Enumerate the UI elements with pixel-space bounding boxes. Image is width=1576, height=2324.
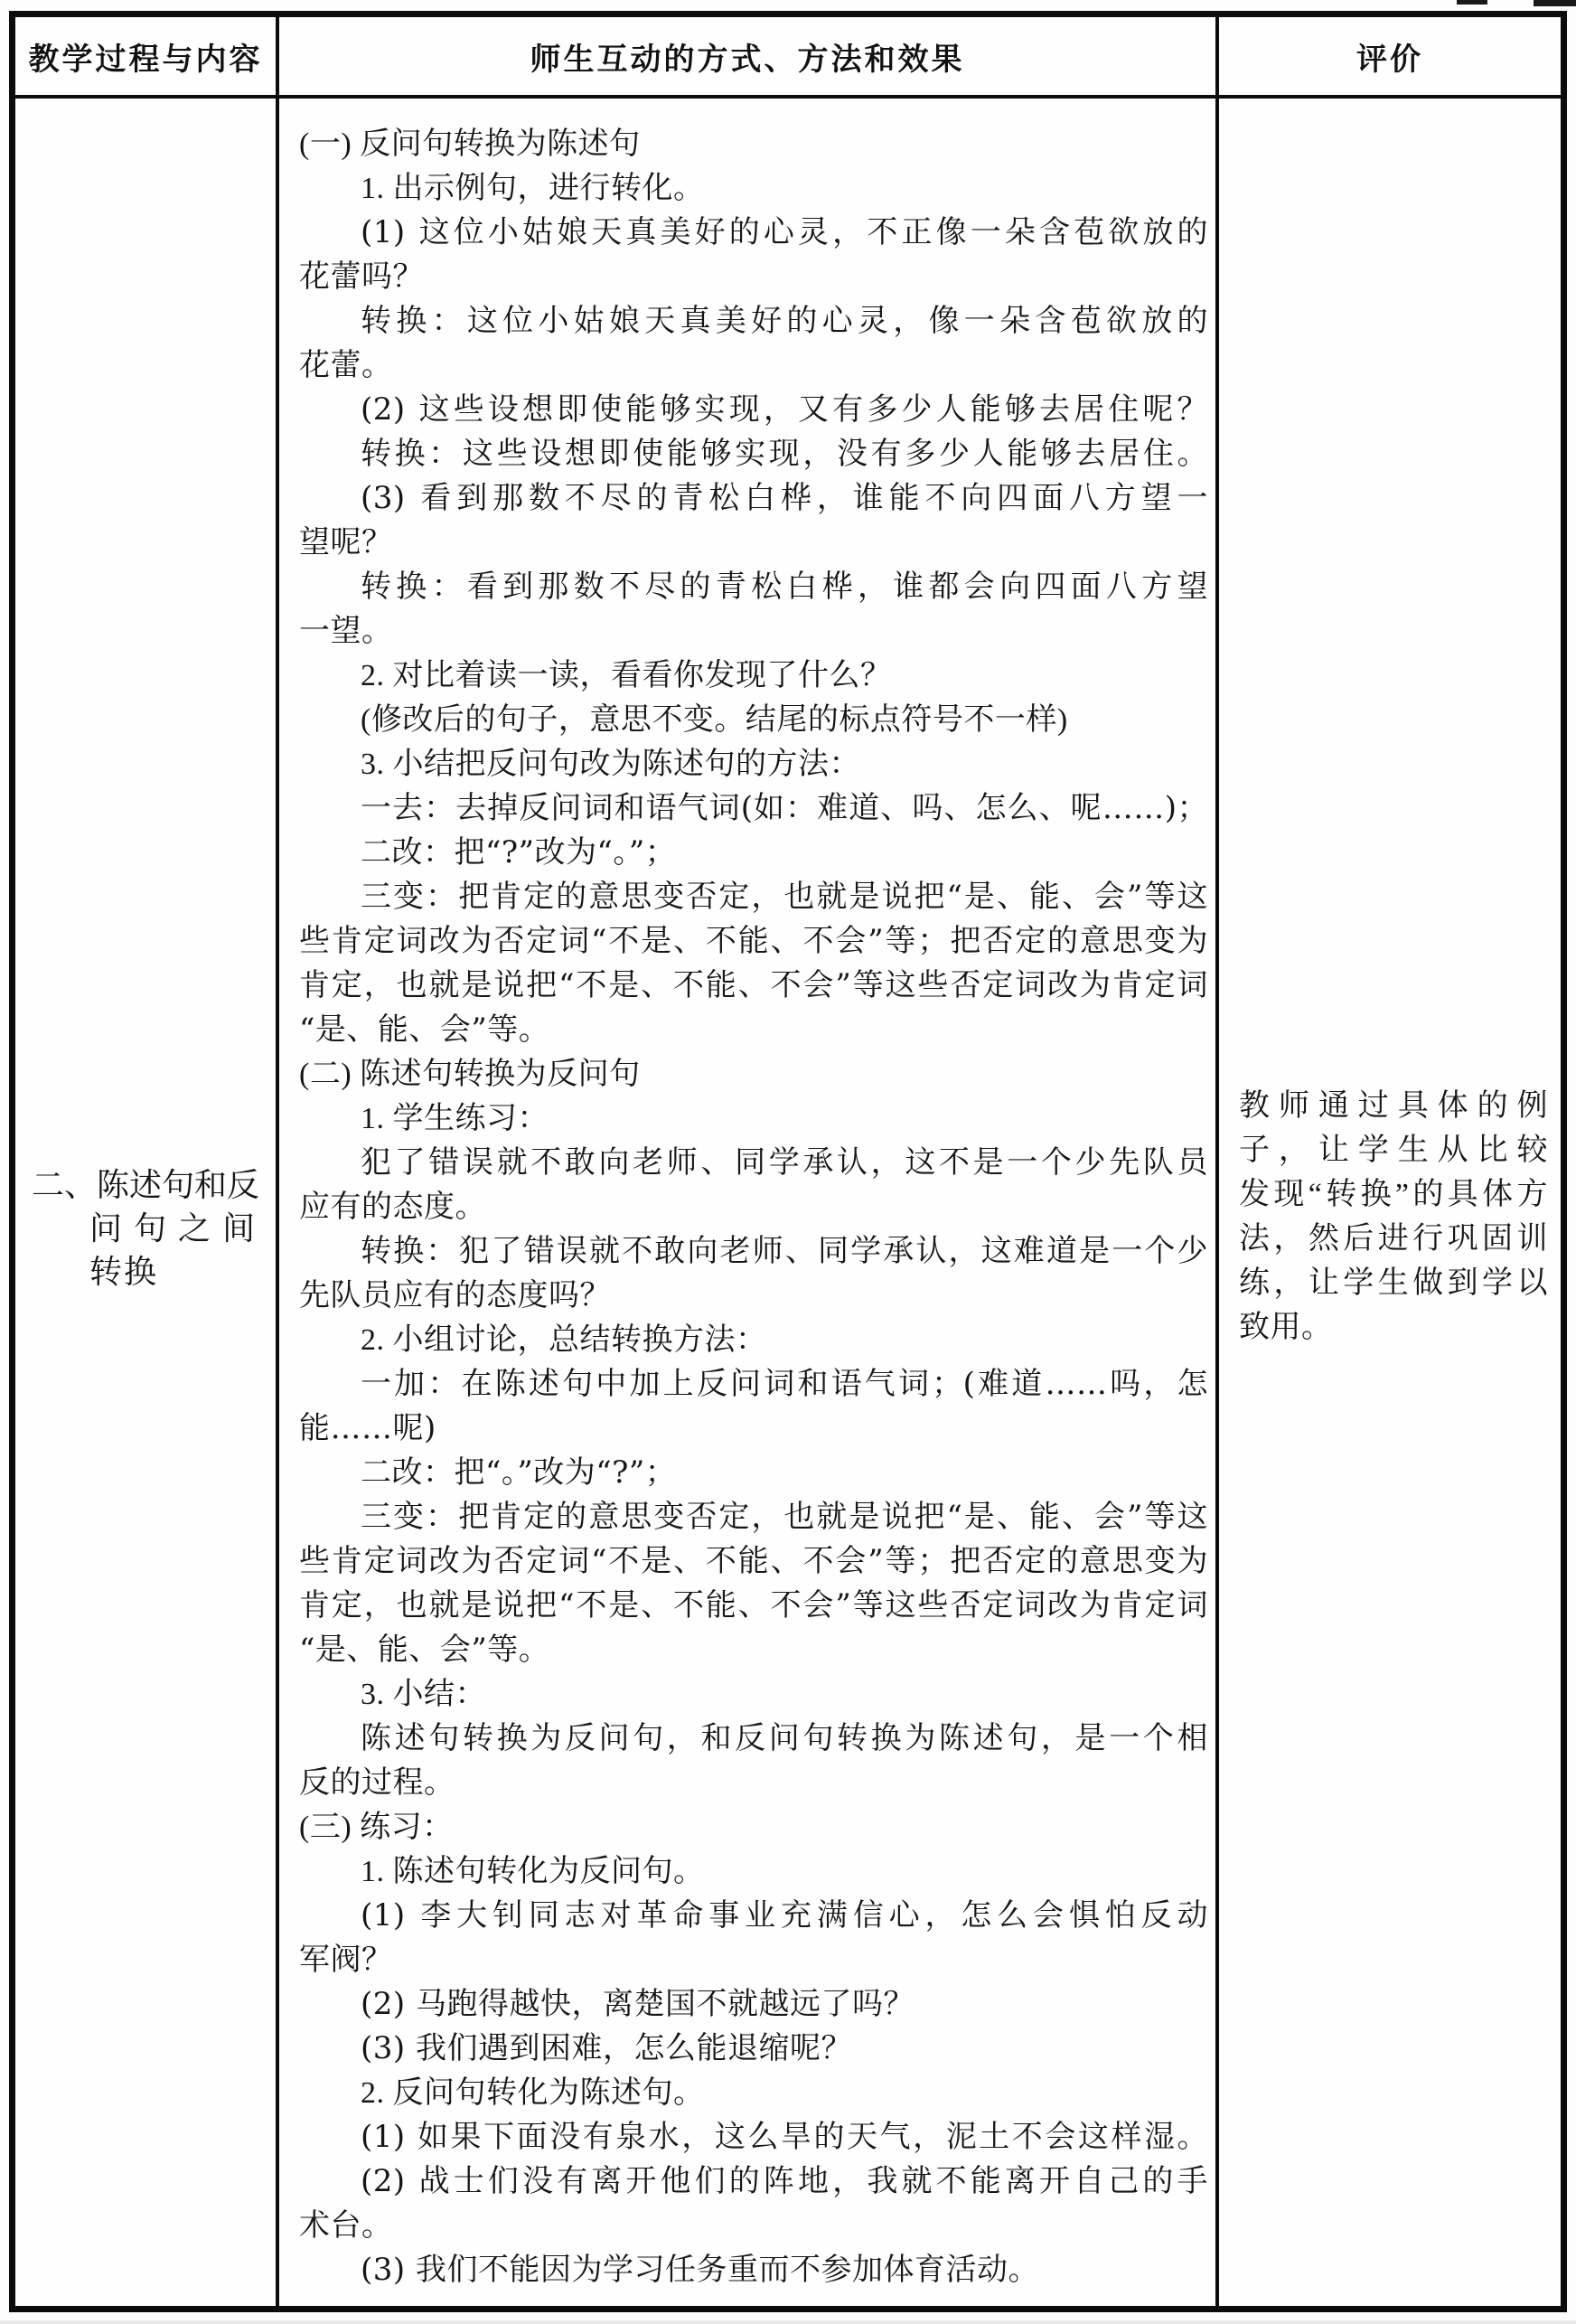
content-text-line: (1) 这位小姑娘天真美好的心灵，不正像一朵含苞欲放的 <box>299 211 1208 255</box>
content-text-line: 肯定，也就是说把“不是、不能、不会”等这些否定词改为肯定词 <box>299 964 1208 1008</box>
content-text-line: 反的过程。 <box>299 1761 1208 1805</box>
content-text-line: (2) 战士们没有离开他们的阵地，我就不能离开自己的手 <box>299 2159 1208 2204</box>
content-text-line: 应有的态度。 <box>299 1185 1208 1229</box>
evaluation-text-line: 练，让学生做到学以 <box>1239 1261 1548 1305</box>
content-text-line: 一加：在陈述句中加上反问词和语气词；(难道……吗，怎 <box>299 1362 1208 1407</box>
content-text-line: 肯定，也就是说把“不是、不能、不会”等这些否定词改为肯定词 <box>299 1584 1208 1628</box>
content-text-line: 三变：把肯定的意思变否定，也就是说把“是、能、会”等这 <box>299 875 1208 919</box>
content-text-line: 二改：把“?”改为“。”； <box>299 831 1208 875</box>
content-text-line: 3. 小结把反问句改为陈述句的方法： <box>299 742 1208 786</box>
stage-text-line: 问句之间 <box>89 1207 270 1250</box>
content-text-line: 一望。 <box>299 609 1208 654</box>
content-text-line: 二改：把“。”改为“?”； <box>299 1451 1208 1495</box>
content-text-line: (3) 我们遇到困难，怎么能退缩呢？ <box>299 2027 1208 2071</box>
scan-artifact <box>1534 0 1576 6</box>
body-cell-evaluation: 教师通过具体的例子，让学生从比较中，发现“转换”的具体方法，然后进行巩固训练，让… <box>1219 99 1561 2306</box>
content-text-line: (2) 这些设想即使能够实现，又有多少人能够去居住呢？ <box>299 388 1208 432</box>
content-text-line: 先队员应有的态度吗？ <box>299 1274 1208 1318</box>
table-body-row: 二、陈述句和反问句之间转换 (一) 反问句转换为陈述句1. 出示例句，进行转化。… <box>15 99 1561 2306</box>
evaluation-text-line: 致用。 <box>1239 1305 1548 1350</box>
content-text-line: 2. 反问句转化为陈述句。 <box>299 2071 1208 2115</box>
content-text-line: (1) 如果下面没有泉水，这么旱的天气，泥土不会这样湿。 <box>299 2115 1208 2159</box>
content-text-line: 转换：犯了错误就不敢向老师、同学承认，这难道是一个少 <box>299 1229 1208 1274</box>
content-text-line: “是、能、会”等。 <box>299 1628 1208 1672</box>
content-text-line: 望呢？ <box>299 521 1208 565</box>
table-header-row: 教学过程与内容 师生互动的方式、方法和效果 评价 <box>15 17 1561 99</box>
content-text-line: (3) 我们不能因为学习任务重而不参加体育活动。 <box>299 2248 1208 2292</box>
content-text-line: 2. 小组讨论，总结转换方法： <box>299 1318 1208 1362</box>
content-text-line: (3) 看到那数不尽的青松白桦，谁能不向四面八方望一 <box>299 476 1208 521</box>
scanned-lesson-plan-page: { "colors": { "ink": "#141414", "border"… <box>0 0 1576 2324</box>
content-text-line: 术台。 <box>299 2204 1208 2248</box>
content-text-line: (二) 陈述句转换为反问句 <box>299 1052 1208 1096</box>
content-text-line: 转换：看到那数不尽的青松白桦，谁都会向四面八方望 <box>299 565 1208 609</box>
content-text-line: (2) 马跑得越快，离楚国不就越远了吗？ <box>299 1982 1208 2027</box>
body-cell-interaction: (一) 反问句转换为陈述句1. 出示例句，进行转化。(1) 这位小姑娘天真美好的… <box>279 99 1219 2306</box>
content-text-line: 转换：这位小姑娘天真美好的心灵，像一朵含苞欲放的 <box>299 299 1208 343</box>
content-text-line: (三) 练习： <box>299 1805 1208 1849</box>
header-cell-process: 教学过程与内容 <box>15 17 279 95</box>
content-text-line: 些肯定词改为否定词“不是、不能、不会”等；把否定的意思变为 <box>299 1539 1208 1584</box>
content-text-line: 军阀？ <box>299 1938 1208 1982</box>
content-text-line: (修改后的句子，意思不变。结尾的标点符号不一样) <box>299 698 1208 742</box>
evaluation-text-line: 教师通过具体的例 <box>1239 1084 1548 1128</box>
content-text-line: 陈述句转换为反问句，和反问句转换为陈述句，是一个相 <box>299 1717 1208 1761</box>
content-text-line: 1. 出示例句，进行转化。 <box>299 166 1208 211</box>
content-text-line: 花蕾。 <box>299 343 1208 388</box>
evaluation-text-line: 发现“转换”的具体方 <box>1239 1172 1548 1217</box>
body-cell-process: 二、陈述句和反问句之间转换 <box>15 99 279 2306</box>
content-text-line: 三变：把肯定的意思变否定，也就是说把“是、能、会”等这 <box>299 1495 1208 1539</box>
content-text-line: 能……呢) <box>299 1407 1208 1451</box>
content-text-line: (1) 李大钊同志对革命事业充满信心，怎么会惧怕反动 <box>299 1894 1208 1938</box>
content-text-line: 犯了错误就不敢向老师、同学承认，这不是一个少先队员 <box>299 1141 1208 1185</box>
stage-text-line: 二、陈述句和反 <box>32 1163 270 1207</box>
scan-artifact <box>1457 0 1487 5</box>
evaluation-text-line: 法，然后进行巩固训 <box>1239 1217 1548 1261</box>
content-text-line: (一) 反问句转换为陈述句 <box>299 122 1208 166</box>
content-text-line: 一去：去掉反问词和语气词(如：难道、吗、怎么、呢……)； <box>299 786 1208 831</box>
scan-edge-strip <box>0 2320 1576 2324</box>
content-text-line: 3. 小结： <box>299 1672 1208 1717</box>
stage-text-line: 转换 <box>89 1250 270 1294</box>
header-cell-interaction: 师生互动的方式、方法和效果 <box>279 17 1219 95</box>
content-text-line: 1. 陈述句转化为反问句。 <box>299 1849 1208 1894</box>
content-text-line: “是、能、会”等。 <box>299 1008 1208 1052</box>
content-text-line: 些肯定词改为否定词“不是、不能、不会”等；把否定的意思变为 <box>299 919 1208 964</box>
content-text-line: 2. 对比着读一读，看看你发现了什么？ <box>299 654 1208 698</box>
header-cell-evaluation: 评价 <box>1219 17 1561 95</box>
lesson-plan-table: 教学过程与内容 师生互动的方式、方法和效果 评价 二、陈述句和反问句之间转换 (… <box>9 11 1567 2312</box>
content-text-line: 1. 学生练习： <box>299 1096 1208 1141</box>
evaluation-text-line: 子，让学生从比较中， <box>1239 1128 1548 1172</box>
content-text-line: 转换：这些设想即使能够实现，没有多少人能够去居住。 <box>299 432 1208 476</box>
content-text-line: 花蕾吗？ <box>299 255 1208 299</box>
